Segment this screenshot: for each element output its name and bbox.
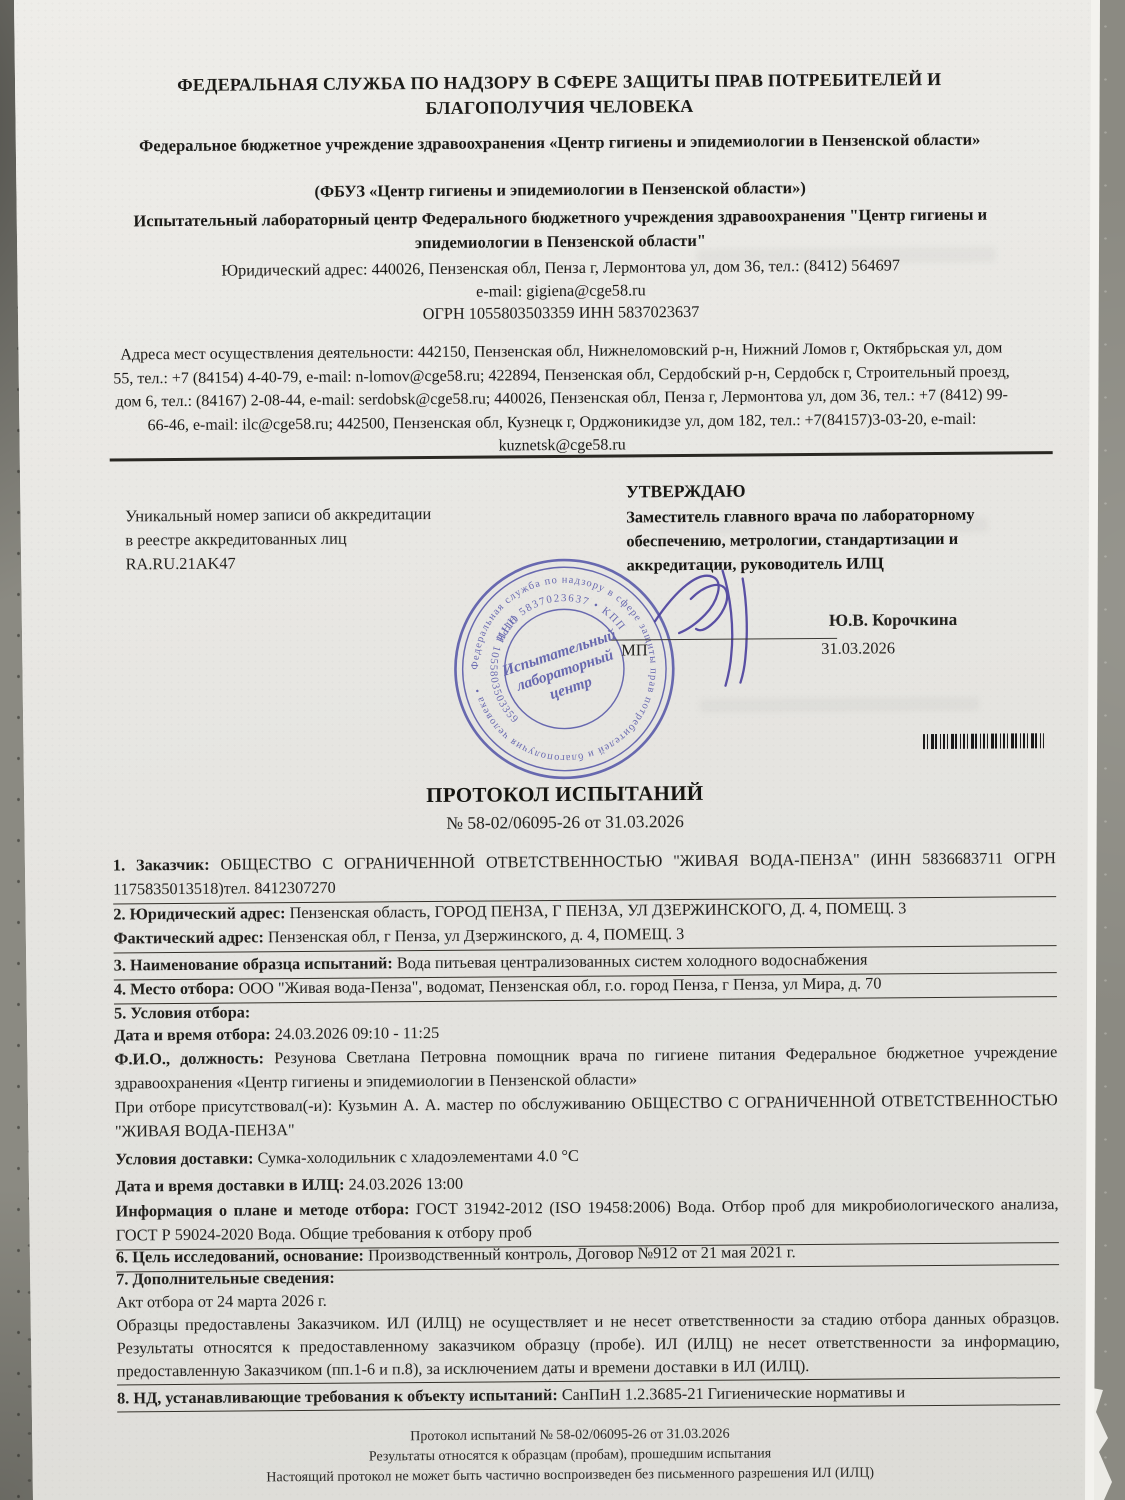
- federal-service-title: ФЕДЕРАЛЬНАЯ СЛУЖБА ПО НАДЗОРУ В СФЕРЕ ЗА…: [107, 66, 1012, 123]
- institution-short-name: (ФБУЗ «Центр гигиены и эпидемиологии в П…: [108, 175, 1013, 204]
- accreditation-line1: Уникальный номер записи об аккредитации: [125, 502, 495, 529]
- section-value: Вода питьевая централизованных систем хо…: [397, 950, 868, 973]
- section-2-addresses: 2. Юридический адрес: Пензенская область…: [113, 895, 1056, 953]
- protocol-number: № 58-02/06095-26 от 31.03.2026: [113, 808, 1018, 836]
- section-label: 8. НД, устанавливающие требования к объе…: [117, 1385, 558, 1407]
- bleed-smudge: [700, 697, 980, 713]
- signature-icon: [646, 554, 807, 695]
- section-value: Производственный контроль, Договор №912 …: [368, 1242, 796, 1264]
- section-value: ОБЩЕСТВО С ОГРАНИЧЕННОЙ ОТВЕТСТВЕННОСТЬЮ…: [113, 848, 1056, 898]
- section-label: При отборе присутствовал(-и):: [115, 1096, 333, 1117]
- section-5-present: При отборе присутствовал(-и): Кузьмин А.…: [115, 1088, 1058, 1143]
- section-value: 24.03.2026 09:10 - 11:25: [275, 1023, 440, 1043]
- photo-of-document: { "colors":{"stamp_blue":"#4c4da5","sign…: [0, 0, 1125, 1500]
- section-label: 2. Юридический адрес:: [113, 903, 285, 923]
- section-label: Информация о плане и методе отбора:: [116, 1199, 410, 1220]
- page-footer: Протокол испытаний № 58-02/06095-26 от 3…: [117, 1422, 1022, 1489]
- section-value: Пензенская обл, г Пенза, ул Дзержинского…: [268, 924, 684, 946]
- document-content: ФЕДЕРАЛЬНАЯ СЛУЖБА ПО НАДЗОРУ В СФЕРЕ ЗА…: [0, 0, 1125, 1500]
- accreditation-number: RA.RU.21AK47: [125, 550, 495, 577]
- section-label: Ф.И.О., должность:: [114, 1048, 264, 1068]
- round-stamp-icon: Федеральная служба по надзору в сфере за…: [450, 555, 678, 783]
- section-5-fio: Ф.И.О., должность: Резунова Светлана Пет…: [114, 1040, 1057, 1095]
- section-value: 24.03.2026 13:00: [349, 1174, 464, 1194]
- approval-date: 31.03.2026: [821, 638, 895, 659]
- protocol-title: ПРОТОКОЛ ИСПЫТАНИЙ: [112, 778, 1017, 810]
- mp-label: МП: [621, 640, 648, 660]
- section-value: Пензенская область, ГОРОД ПЕНЗА, Г ПЕНЗА…: [289, 898, 906, 922]
- section-7-paragraph: Образцы предоставлены Заказчиком. ИЛ (ИЛ…: [116, 1306, 1060, 1385]
- approver-name: Ю.В. Корочкина: [829, 610, 957, 631]
- section-label: 1. Заказчик:: [113, 855, 210, 875]
- section-label: 3. Наименование образца испытаний:: [114, 953, 393, 974]
- section-label: 4. Место отбора:: [114, 979, 235, 999]
- barcode: [923, 733, 1044, 749]
- section-label: Дата и время отбора:: [114, 1024, 271, 1044]
- accreditation-line2: в реестре аккредитованных лиц: [125, 526, 495, 553]
- section-value: ООО "Живая вода-Пенза", водомат, Пензенс…: [239, 973, 882, 997]
- section-value: Сумка-холодильник с хладоэлементами 4.0 …: [257, 1146, 578, 1168]
- section-label: 6. Цель исследований, основание:: [116, 1246, 364, 1267]
- section-7-and-8: 7. Дополнительные сведения: Акт отбора о…: [116, 1260, 1060, 1412]
- accreditation-block: Уникальный номер записи об аккредитации …: [125, 502, 496, 577]
- section-label: Условия доставки:: [115, 1148, 253, 1168]
- document-page: ФЕДЕРАЛЬНАЯ СЛУЖБА ПО НАДЗОРУ В СФЕРЕ ЗА…: [0, 0, 1125, 1500]
- section-5-delivery: Условия доставки: Сумка-холодильник с хл…: [115, 1140, 1058, 1171]
- section-label: Дата и время доставки в ИЛЦ:: [115, 1175, 344, 1196]
- lab-center-name: Испытательный лабораторный центр Федерал…: [108, 202, 1013, 257]
- section-label: 5. Условия отбора:: [114, 1002, 250, 1022]
- section-label: Фактический адрес:: [113, 927, 264, 947]
- approval-title: УТВЕРЖДАЮ: [626, 476, 1018, 503]
- institution-name: Федеральное бюджетное учреждение здравоо…: [107, 127, 1012, 158]
- section-value: СанПиН 1.2.3685-21 Гигиенические нормати…: [562, 1382, 905, 1404]
- activity-addresses: Адреса мест осуществления деятельности: …: [109, 336, 1015, 461]
